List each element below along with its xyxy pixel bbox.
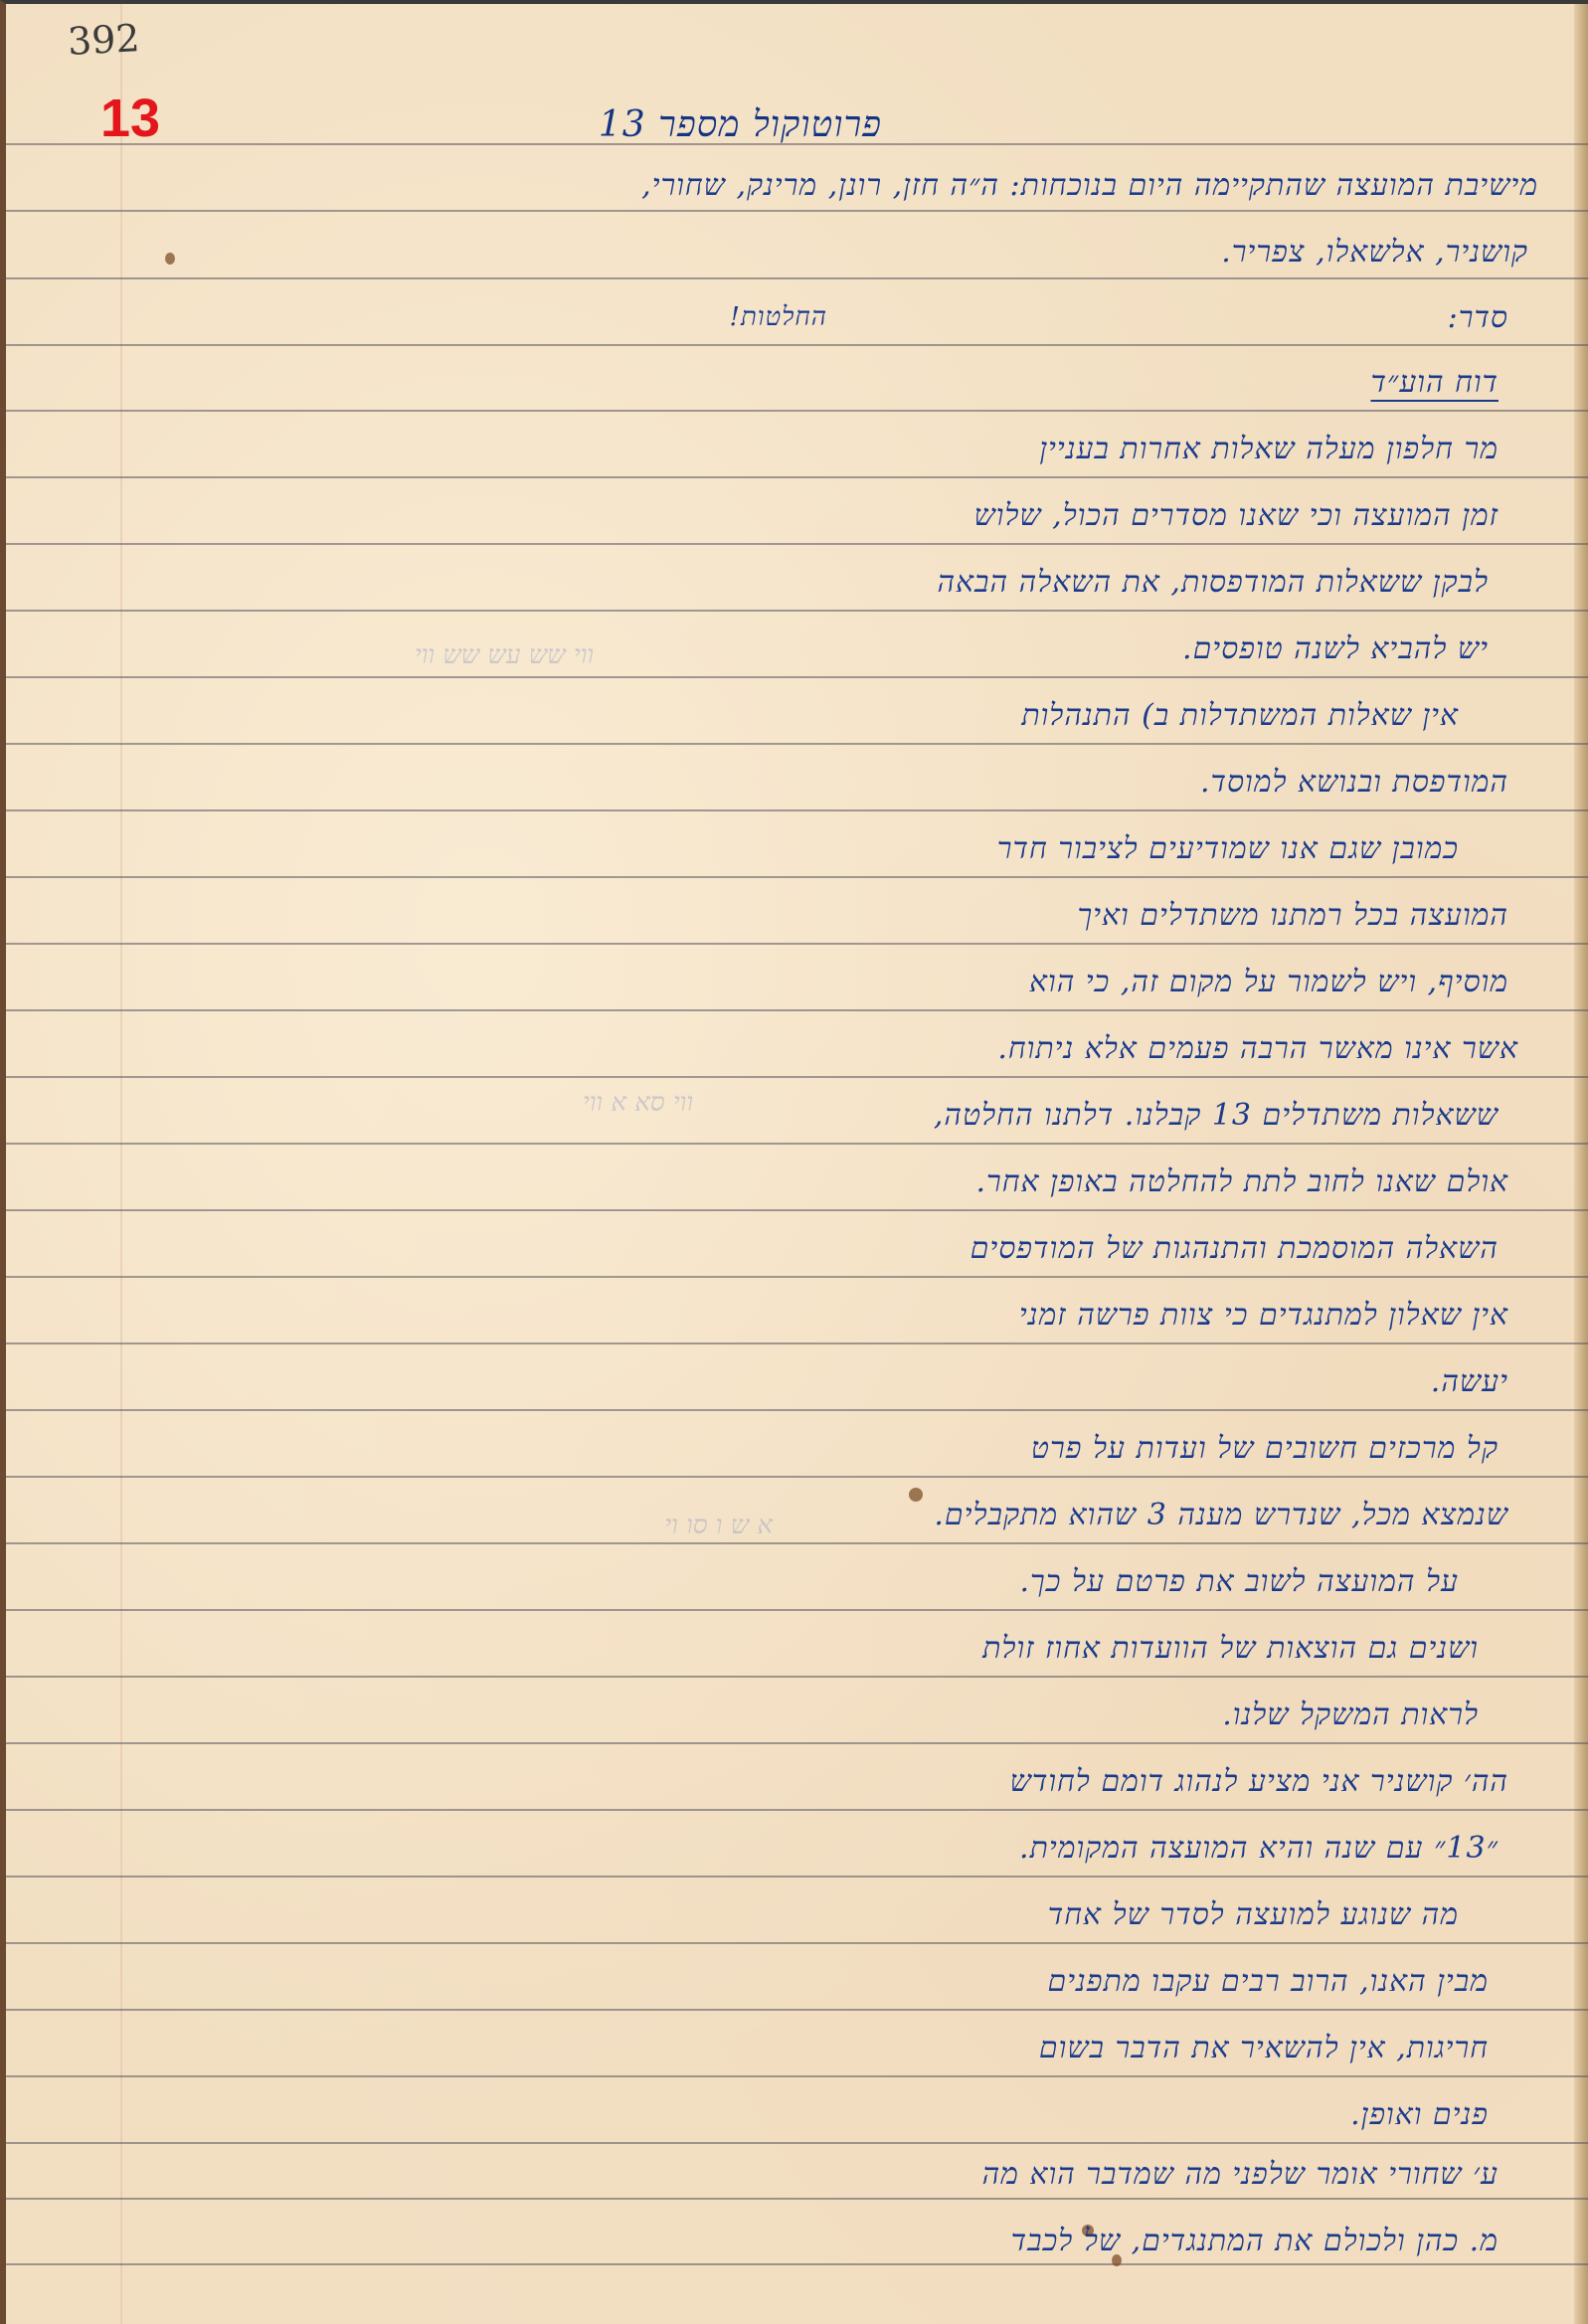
text-line: מוסיף, ויש לשמור על מקום זה, כי הוא <box>1029 965 1508 999</box>
ink-stain <box>909 1488 923 1502</box>
text-line: על המועצה לשוב את פרטם על כך. <box>1020 1564 1460 1599</box>
text-line: הה׳ קושניר אני מציע לנהוג דומם לחודש <box>1010 1764 1508 1799</box>
ruled-line <box>6 1143 1588 1145</box>
attendance-line-1: מישיבת המועצה שהתקיימה היום בנוכחות: ה״ה… <box>641 168 1538 203</box>
text-line: המועצה בכל רמתנו משתדלים ואיך <box>1077 898 1508 933</box>
text-line: פנים ואופן. <box>1350 2097 1489 2132</box>
ruled-line <box>6 876 1588 878</box>
ruled-line <box>6 1476 1588 1478</box>
text-line: יעשה. <box>1431 1364 1508 1399</box>
text-line: מה שנוגע למועצה לסדר של אחד <box>1048 1897 1459 1932</box>
text-line: המודפסת ובנושא למוסד. <box>1200 765 1508 800</box>
ruled-line <box>6 410 1588 412</box>
ruled-line <box>6 476 1588 478</box>
ruled-line <box>6 1876 1588 1877</box>
ruled-line <box>6 1809 1588 1811</box>
text-line: יש להביא לשנה טופסים. <box>1182 631 1489 666</box>
ruled-line <box>6 277 1588 279</box>
decisions-label: החלטות! <box>730 302 827 332</box>
text-line: ששאלות משתדלים 13 קבלנו. דלתנו החלטה, <box>934 1098 1499 1133</box>
text-line: מבין האנו, הרוב רבים עקבו מתפנים <box>1047 1964 1489 1999</box>
bleed-through-text: ווי סא א ווי <box>583 1088 693 1118</box>
protocol-title: פרוטוקול מספר 13 <box>599 103 882 145</box>
ruled-line <box>6 543 1588 545</box>
ruled-line <box>6 1276 1588 1278</box>
ruled-line <box>6 2075 1588 2077</box>
ruled-line <box>6 1409 1588 1411</box>
bleed-through-text: א ש ו סו וי <box>664 1511 773 1540</box>
text-line: ע׳ שחורי אומר שלפני מה שמדבר הוא מה <box>982 2157 1499 2192</box>
ruled-line <box>6 809 1588 811</box>
margin-line <box>120 4 122 2324</box>
ruled-line <box>6 210 1588 212</box>
attendance-line-2: קושניר, אלשאלו, צפריר. <box>1221 235 1528 269</box>
text-line: ״13״ עם שנה והיא המועצה המקומית. <box>1019 1831 1499 1866</box>
text-line: לראות המשקל שלנו. <box>1222 1698 1479 1732</box>
text-line: אשר אינו מאשר הרבה פעמים אלא ניתוח. <box>997 1031 1518 1066</box>
ruled-line <box>6 1742 1588 1744</box>
text-line: השאלה המוסמכת והתנהגות של המודפסים <box>970 1231 1499 1266</box>
ruled-line <box>6 743 1588 745</box>
text-line: אין שאלון למתנגדים כי צוות פרשה זמני <box>1019 1298 1508 1333</box>
text-line: אולם שאנו לחוב לתת להחלטה באופן אחר. <box>976 1164 1509 1199</box>
page-number: 392 <box>67 16 141 64</box>
ruled-line <box>6 344 1588 346</box>
ruled-line <box>6 1542 1588 1544</box>
ruled-line <box>6 2009 1588 2011</box>
ruled-line <box>6 1076 1588 1078</box>
ruled-line <box>6 1342 1588 1344</box>
document-index-label: 13 <box>100 88 160 149</box>
page-edge <box>1574 4 1588 2324</box>
ink-stain <box>165 253 175 265</box>
ruled-line <box>6 1942 1588 1944</box>
ruled-line <box>6 676 1588 678</box>
ruled-line <box>6 943 1588 945</box>
text-line: שנמצא מכל, שנדרש מענה 3 שהוא מתקבלים. <box>934 1498 1508 1532</box>
ruled-line <box>6 610 1588 612</box>
text-line: חריגות, אין להשאיר את הדבר בשום <box>1039 2031 1489 2065</box>
text-line: מר חלפון מעלה שאלות אחרות בעניין <box>1039 432 1499 466</box>
ruled-line <box>6 1009 1588 1011</box>
ruled-line <box>6 2142 1588 2144</box>
scanned-notebook-page: ווי שש עש שש ווי ווי סא א ווי א ש ו סו ו… <box>0 0 1588 2324</box>
text-line: זמן המועצה וכי שאנו מסדרים הכול, שלוש <box>973 498 1499 533</box>
text-line: מ. כהן ולכולם את המתנגדים, של לכבד <box>1011 2224 1499 2258</box>
text-line: כמובן שגם אנו שמודיעים לציבור חדר <box>997 831 1459 866</box>
ruled-line <box>6 1676 1588 1678</box>
ruled-line <box>6 1209 1588 1211</box>
text-line: קל מרכזים חשובים של ועדות על פרט <box>1031 1431 1499 1466</box>
ruled-line <box>6 1609 1588 1611</box>
text-line: ושנים גם הוצאות של הוועדות אחוז זולת <box>982 1631 1479 1666</box>
ruled-line <box>6 2263 1588 2265</box>
agenda-label: סדר: <box>1448 300 1508 335</box>
text-line: אין שאלות המשתדלות ב) התנהלות <box>1021 698 1459 733</box>
ruled-line <box>6 2198 1588 2200</box>
bleed-through-text: ווי שש עש שש ווי <box>415 640 594 670</box>
text-line: לבקן ששאלות המודפסות, את השאלה הבאה <box>937 565 1489 600</box>
agenda-item: דוח הוע״ד <box>1370 365 1499 400</box>
